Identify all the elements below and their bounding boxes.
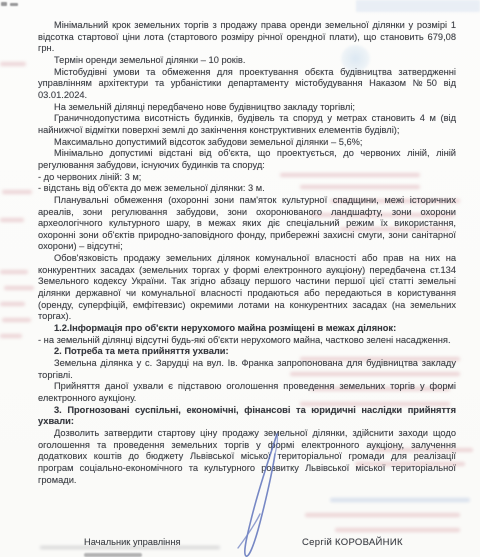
- paragraph: Максимально допустимий відсоток забудови…: [38, 137, 456, 149]
- paragraph: Земельна ділянка у с. Зарудці на вул. Ів…: [38, 358, 456, 381]
- scan-speck: [10, 3, 18, 6]
- paragraph: Термін оренди земельної ділянки – 10 рок…: [38, 55, 456, 67]
- paragraph: Обов'язковість продажу земельних ділянок…: [38, 253, 456, 323]
- paragraph: - до червоних ліній: 3 м;: [38, 172, 456, 184]
- scan-speck: [1, 2, 7, 6]
- bleedthrough-mark: [2, 318, 31, 322]
- document-body: Мінімальний крок земельних торгів з прод…: [38, 20, 456, 486]
- paragraph: Планувальні обмеження (охоронні зони пам…: [38, 195, 456, 253]
- paragraph: На земельній ділянці передбачено нове бу…: [38, 102, 456, 114]
- paragraph: 3. Прогнозовані суспільні, економічні, ф…: [38, 405, 456, 428]
- paragraph: Граничнодопустима висотність будинків, б…: [38, 113, 456, 136]
- bleedthrough-mark: [0, 270, 28, 274]
- paragraph: Прийняття даної ухвали є підставою оголо…: [38, 381, 456, 404]
- bleedthrough-mark: [0, 334, 22, 338]
- scanned-document-page: Мінімальний крок земельних торгів з прод…: [0, 0, 480, 557]
- paragraph: Містобудівні умови та обмеження для прое…: [38, 67, 456, 102]
- paragraph: - на земельній ділянці відсутні будь-які…: [38, 335, 456, 347]
- paragraph: - відстань від об'єкта до меж земельної …: [38, 183, 456, 195]
- bleedthrough-mark: [0, 62, 26, 66]
- paragraph: 2. Потреба та мета прийняття ухвали:: [38, 346, 456, 358]
- paragraph: Мінімально допустимі відстані від об'єкт…: [38, 148, 456, 171]
- bleedthrough-mark: [335, 528, 460, 532]
- bleedthrough-stamp: [356, 0, 480, 12]
- bleedthrough-mark: [305, 513, 460, 517]
- cutoff-text-sliver: [84, 553, 142, 557]
- bleedthrough-mark: [330, 498, 470, 502]
- bleedthrough-mark: [4, 286, 34, 290]
- signer-title: Начальник управління: [84, 537, 180, 547]
- handwritten-signature: [230, 428, 290, 557]
- bleedthrough-mark: [2, 190, 32, 194]
- paragraph: 1.2.Інформація про об'єкти нерухомого ма…: [38, 323, 456, 335]
- bleedthrough-mark: [0, 302, 25, 306]
- bleedthrough-mark: [0, 218, 24, 222]
- paragraph: Мінімальний крок земельних торгів з прод…: [38, 20, 456, 55]
- signer-name: Сергій КОРОВАЙНИК: [302, 537, 403, 548]
